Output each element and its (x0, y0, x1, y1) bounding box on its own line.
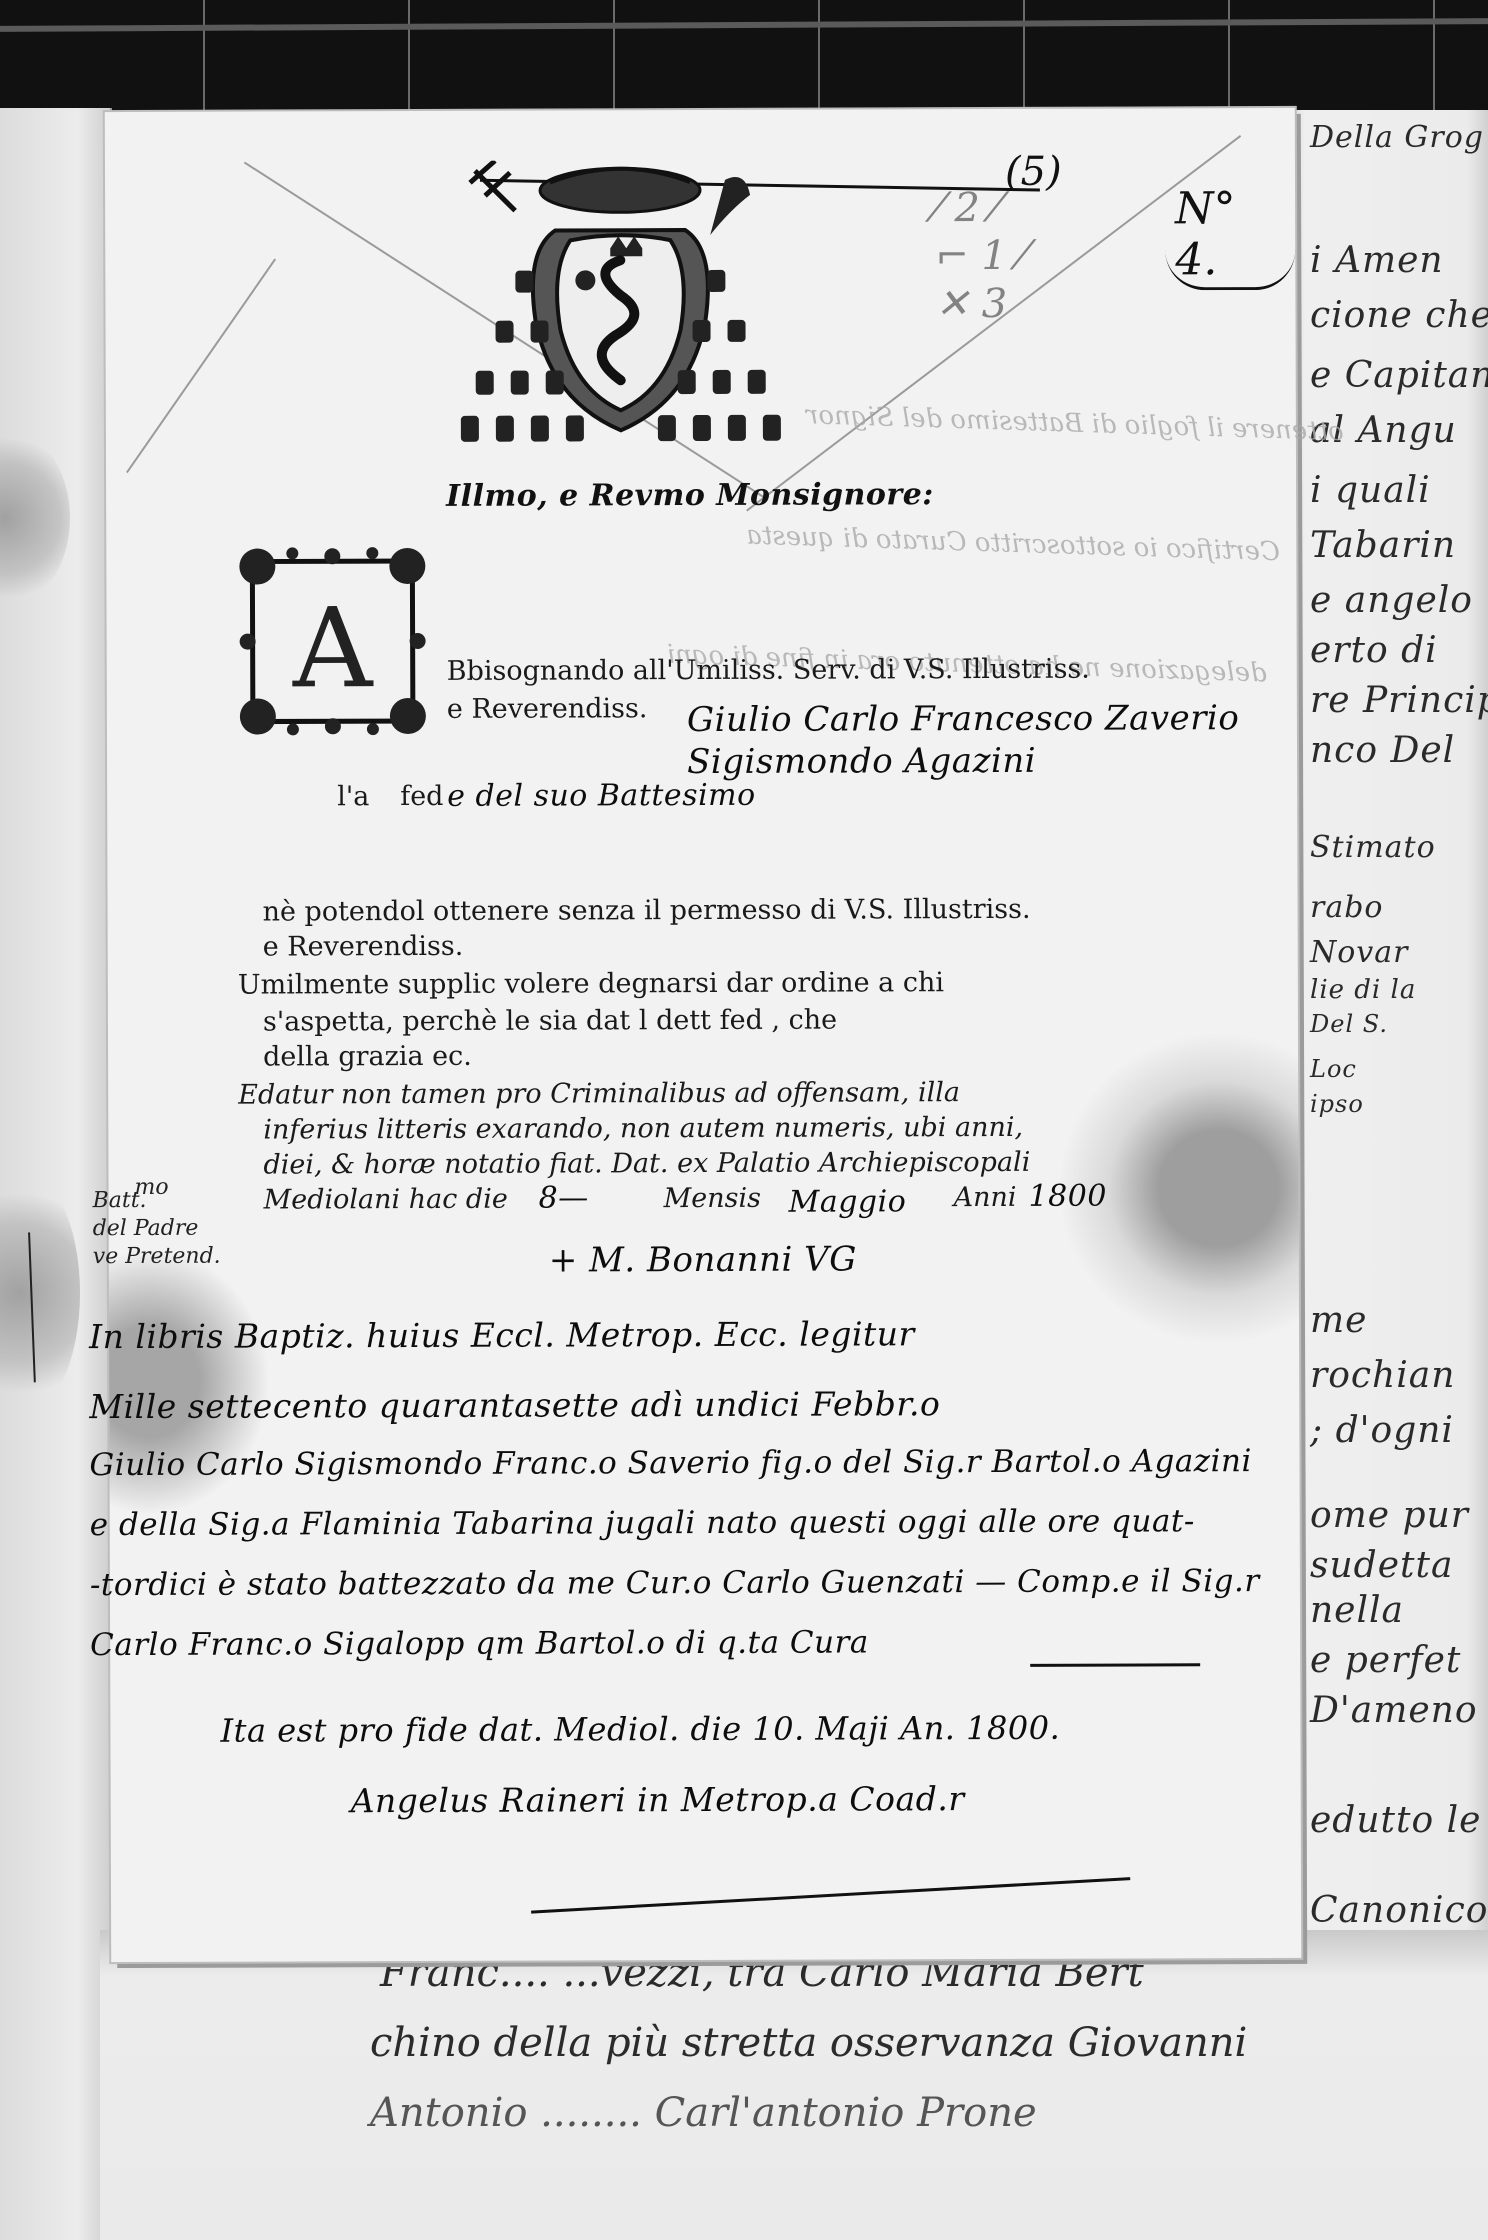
document-page: ottenere il foglio di Battesimo del Sign… (105, 108, 1301, 1962)
fragment: ome pur (1310, 1495, 1469, 1536)
fragment: nella (1310, 1590, 1404, 1631)
form-line-1: Bbisognando all'Umiliss. Serv. di V.S. I… (447, 654, 1090, 687)
fragment: re Princip (1310, 680, 1488, 721)
fragment: chino della più stretta osservanza Giova… (370, 2020, 1247, 2066)
salutation: Illmo, e Revmo Monsignore: (446, 477, 934, 514)
vicar-general-signature: + M. Bonanni VG (549, 1239, 857, 1280)
ink-stain (0, 428, 70, 608)
extract-line-6: Carlo Franc.o Sigalopp qm Bartol.o di q.… (90, 1624, 869, 1663)
fragment: edutto le (1310, 1800, 1481, 1841)
handwritten-name-2: Sigismondo Agazini (687, 741, 1036, 782)
fragment: e perfet (1310, 1640, 1461, 1681)
bleed-through-text: Certifico io sottoscritto Curato di ques… (746, 521, 1280, 568)
svg-text:A: A (292, 584, 374, 712)
extract-line-2: Mille settecento quarantasette adì undic… (89, 1384, 940, 1426)
fragment: lie di la (1310, 975, 1416, 1005)
fragment: ipso (1310, 1090, 1364, 1118)
handwritten-day: 8— (539, 1180, 589, 1215)
fragment: Antonio ........ Carl'antonio Prone (370, 2090, 1037, 2136)
fragment: e angelo (1310, 580, 1473, 621)
fragment: rochian (1310, 1355, 1455, 1396)
fragment: ; d'ogni (1310, 1410, 1454, 1451)
extract-line-1: In libris Baptiz. huius Eccl. Metrop. Ec… (89, 1314, 915, 1356)
fragment: Del S. (1310, 1010, 1388, 1038)
fragment: Della Grog (1310, 120, 1484, 155)
document-number: N° 4. (1165, 183, 1295, 290)
fragment: Loc (1310, 1055, 1357, 1083)
latin-line-4c: Anni (954, 1182, 1017, 1213)
fragment: me (1310, 1300, 1367, 1341)
background-rule (0, 18, 1488, 32)
attestation: Ita est pro fide dat. Mediol. die 10. Ma… (220, 1709, 1060, 1750)
form-line-6: Umilmente supplic volere degnarsi dar or… (238, 967, 944, 1000)
form-line-8: della grazia ec. (263, 1041, 472, 1073)
fragment: i quali (1310, 470, 1431, 511)
form-prefix: l'a (337, 781, 369, 812)
signature-underline (531, 1877, 1130, 1913)
fragment: cione che (1310, 295, 1488, 336)
fragment: e Capitan (1310, 355, 1488, 396)
fragment: Tabarin (1310, 525, 1456, 566)
form-line-4: nè potendol ottenere senza il permesso d… (263, 894, 1031, 928)
fragment: nco Del (1310, 730, 1455, 771)
fragment: Canonico (1310, 1890, 1488, 1931)
latin-line-2: inferius litteris exarando, non autem nu… (263, 1112, 1023, 1146)
extract-line-3: Giulio Carlo Sigismondo Franc.o Saverio … (89, 1443, 1252, 1483)
form-line-2: e Reverendiss. (447, 693, 648, 725)
fragment: rabo (1310, 890, 1384, 925)
latin-line-1: Edatur non tamen pro Criminalibus ad off… (238, 1077, 960, 1111)
fragment: Novar (1310, 935, 1409, 970)
latin-line-3: diei, & horæ notatio fiat. Dat. ex Palat… (263, 1147, 1030, 1181)
latin-line-4a: Mediolani hac die (264, 1184, 508, 1216)
fragment: erto di (1310, 630, 1438, 671)
latin-line-4b: Mensis (664, 1183, 761, 1214)
form-line-5: e Reverendiss. (263, 931, 464, 963)
ink-stain (0, 1168, 80, 1418)
fragment: D'ameno (1310, 1690, 1478, 1731)
margin-note: Batt. del Padre ve Pretend. (93, 1187, 221, 1271)
fragment: i Amen (1310, 240, 1444, 281)
handwritten-baptism: e del suo Battesimo (447, 778, 756, 814)
extract-line-4: e della Sig.a Flaminia Tabarina jugali n… (90, 1503, 1195, 1543)
closing-line (1030, 1663, 1200, 1667)
handwritten-year: 1800 (1029, 1179, 1107, 1214)
extract-line-5: -tordici è stato battezzato da me Cur.o … (90, 1563, 1260, 1603)
form-fed: fed (400, 781, 443, 812)
faint-pencil-marks: ⁄ 2 ⁄⌐ 1 ⁄ ✕ 3 (935, 184, 1116, 355)
coadjutor-signature: Angelus Raineri in Metrop.a Coad.r (351, 1779, 965, 1820)
decorated-initial-icon: A (232, 541, 433, 742)
fragment: Stimato (1310, 830, 1436, 865)
form-line-7: s'aspetta, perchè le sia dat l dett fed … (263, 1005, 837, 1038)
pencil-stroke (126, 259, 276, 474)
fragment: sudetta (1310, 1545, 1453, 1586)
coat-of-arms-icon (455, 160, 786, 461)
bottom-underlying-page: Franc.... ...vezzi, tra Carlo Maria Bert… (100, 1930, 1488, 2240)
left-underlying-page (0, 108, 112, 2240)
handwritten-name-1: Giulio Carlo Francesco Zaverio (687, 698, 1240, 740)
bleed-through-text: ottenere il foglio di Battesimo del Sign… (806, 400, 1345, 447)
handwritten-month: Maggio (789, 1184, 907, 1219)
